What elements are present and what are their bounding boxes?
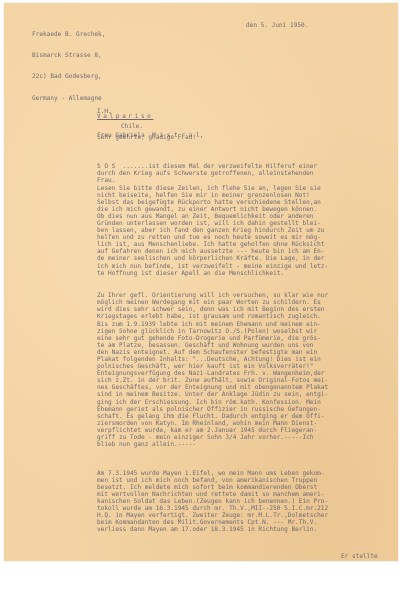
paragraph-sos: S O S .......ist diesem Mal der verzweif…: [97, 163, 397, 184]
salutation: Sehr geehrte, gnädige Frau!: [97, 134, 196, 141]
sender-line: 22c) Bad Godesberg,: [32, 73, 105, 80]
letter-date: den 5. Juni 1950.: [246, 22, 308, 29]
paragraph-plea: Lesen Sie bitte diese Zeilen, ich flehe …: [97, 185, 397, 277]
letter-page: Frekaede B. Grechek, Bismarck Strasse 8,…: [4, 3, 398, 561]
page-continuation: Er stellte: [341, 553, 378, 560]
sender-line: Bismarck Strasse 8,: [32, 52, 105, 59]
recipient-country: Chile.: [121, 123, 143, 130]
sender-line: Frekaede B. Grechek,: [32, 31, 105, 38]
paragraph-orientation: Zu Ihrer gefl. Orientierung will ich ver…: [97, 292, 397, 320]
paragraph-history: Bis zum 1.9.1939 lebte ich mit meinem Eh…: [97, 321, 397, 448]
sender-line: Germany - Allemagne: [32, 95, 105, 102]
recipient-address: I.H. Frau Gabriela M i s t r a l,: [97, 92, 203, 156]
sender-address: Frekaede B. Grechek, Bismarck Strasse 8,…: [32, 17, 105, 116]
recipient-city: Valpariso: [97, 113, 153, 120]
paragraph-mayen: Am 7.3.1945 wurde Mayen i.Eifel, wo mein…: [97, 470, 397, 533]
